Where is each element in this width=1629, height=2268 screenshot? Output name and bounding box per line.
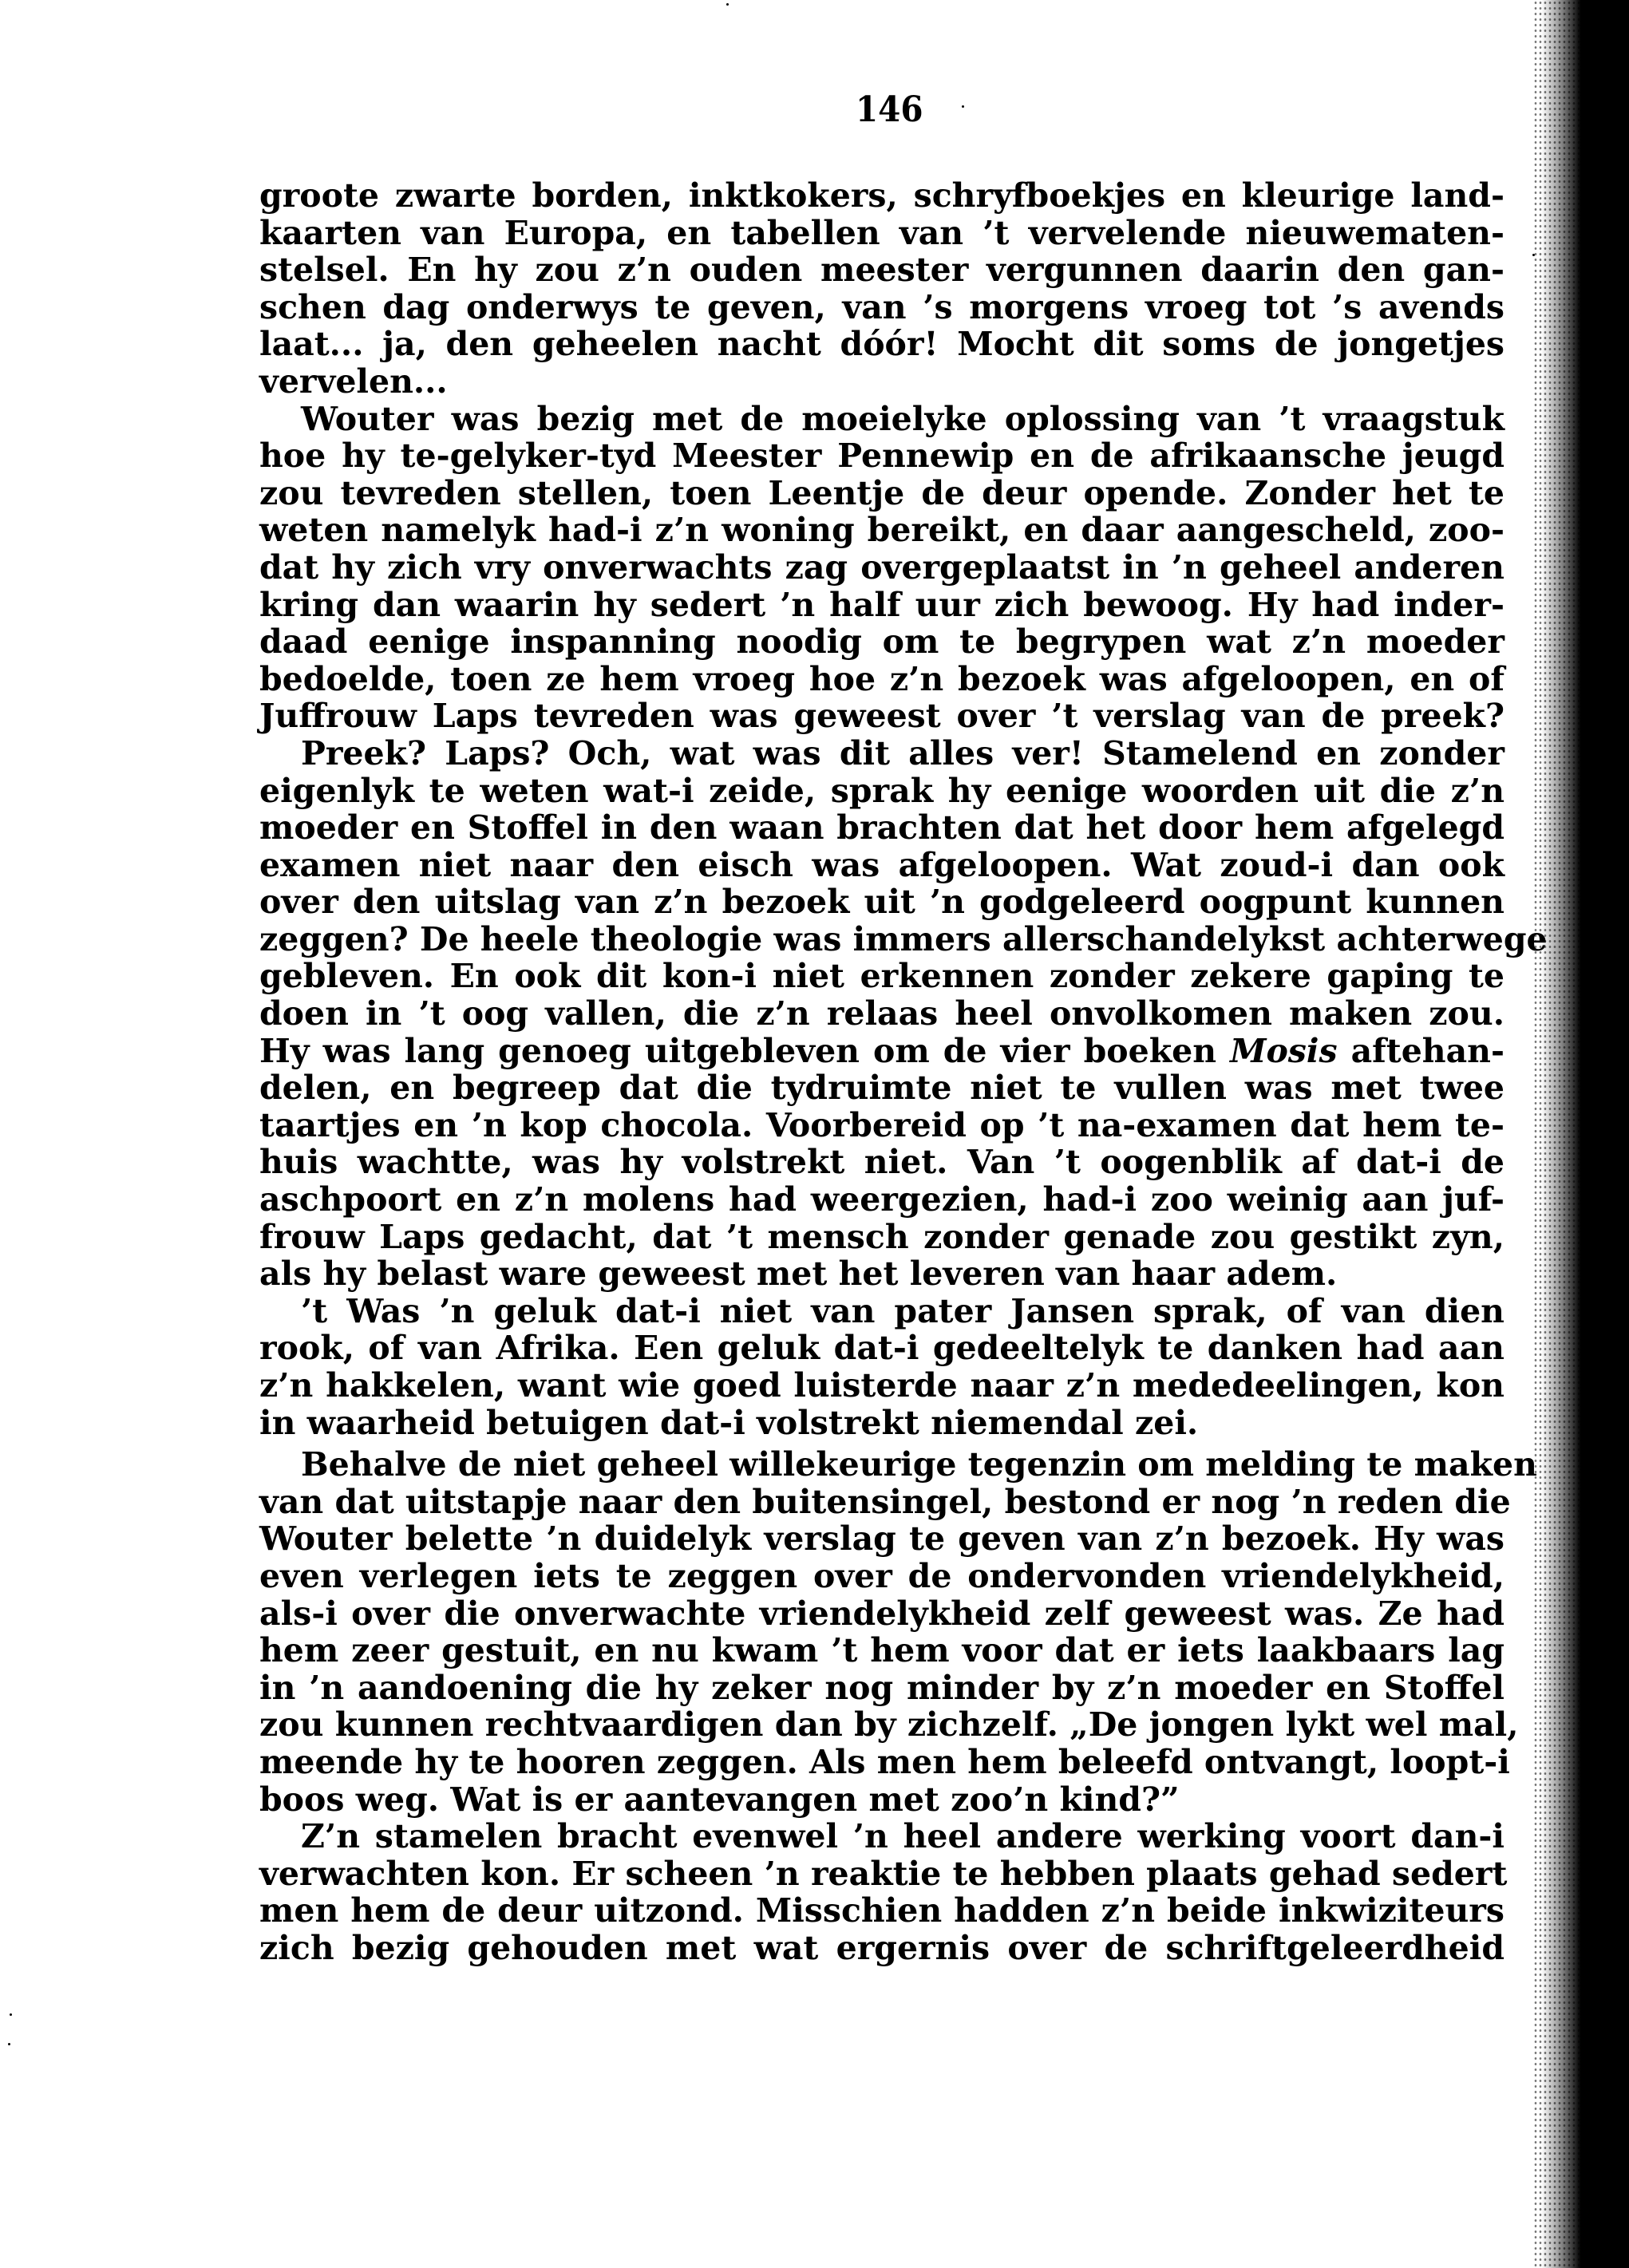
text-line: schen dag onderwys te geven, van ’s morg… — [259, 289, 1504, 326]
text-line: moeder en Stoffel in den waan brachten d… — [259, 809, 1504, 847]
scan-speck — [8, 2043, 10, 2045]
body-text: groote zwarte borden, inktkokers, schryf… — [259, 177, 1504, 1967]
text-line: zou kunnen rechtvaardigen dan by zichzel… — [259, 1706, 1504, 1744]
text-line: huis wachtte, was hy volstrekt niet. Van… — [259, 1144, 1504, 1181]
text-line: vervelen... — [259, 363, 1504, 401]
text-line: groote zwarte borden, inktkokers, schryf… — [259, 177, 1504, 215]
page-number: 146 — [856, 89, 923, 131]
text-line: verwachten kon. Er scheen ’n reaktie te … — [259, 1855, 1504, 1893]
text-line: Behalve de niet geheel willekeurige tege… — [259, 1446, 1504, 1484]
text-line: gebleven. En ook dit kon-i niet erkennen… — [259, 958, 1504, 995]
text-line: laat... ja, den geheelen nacht dóór! Moc… — [259, 326, 1504, 363]
text-line: aschpoort en z’n molens had weergezien, … — [259, 1181, 1504, 1219]
text-line: z’n hakkelen, want wie goed luisterde na… — [259, 1367, 1504, 1405]
text-line: Hy was lang genoeg uitgebleven om de vie… — [259, 1033, 1504, 1070]
text-line: boos weg. Wat is er aantevangen met zoo’… — [259, 1781, 1504, 1819]
text-line: in ’n aandoening die hy zeker nog minder… — [259, 1669, 1504, 1707]
text-line: hem zeer gestuit, en nu kwam ’t hem voor… — [259, 1632, 1504, 1669]
text-line: eigenlyk te weten wat-i zeide, sprak hy … — [259, 772, 1504, 810]
text-line: Juffrouw Laps tevreden was geweest over … — [259, 697, 1504, 735]
text-line: stelsel. En hy zou z’n ouden meester ver… — [259, 251, 1504, 289]
text-line: kaarten van Europa, en tabellen van ’t v… — [259, 215, 1504, 252]
text-line: rook, of van Afrika. Een geluk dat-i ged… — [259, 1330, 1504, 1367]
text-line: dat hy zich vry onverwachts zag overgepl… — [259, 549, 1504, 587]
scan-speck — [962, 105, 964, 108]
text-line: ’t Was ’n geluk dat-i niet van pater Jan… — [259, 1293, 1504, 1330]
text-line: als-i over die onverwachte vriendelykhei… — [259, 1595, 1504, 1633]
text-line: bedoelde, toen ze hem vroeg hoe z’n bezo… — [259, 661, 1504, 698]
text-line: taartjes en ’n kop chocola. Voorbereid o… — [259, 1107, 1504, 1144]
text-line: Wouter was bezig met de moeielyke oploss… — [259, 401, 1504, 438]
text-line: examen niet naar den eisch was afgeloope… — [259, 847, 1504, 884]
text-line: delen, en begreep dat die tydruimte niet… — [259, 1069, 1504, 1107]
text-segment: aftehan- — [1338, 1032, 1504, 1070]
text-line: meende hy te hooren zeggen. Als men hem … — [259, 1744, 1504, 1781]
text-line: als hy belast ware geweest met het lever… — [259, 1255, 1504, 1293]
text-line: zou tevreden stellen, toen Leentje de de… — [259, 475, 1504, 512]
text-line: zeggen? De heele theologie was immers al… — [259, 921, 1504, 958]
text-line: Wouter belette ’n duidelyk verslag te ge… — [259, 1520, 1504, 1558]
text-line: kring dan waarin hy sedert ’n half uur z… — [259, 587, 1504, 624]
text-line: weten namelyk had-i z’n woning bereikt, … — [259, 512, 1504, 549]
text-line: doen in ’t oog vallen, die z’n relaas he… — [259, 995, 1504, 1033]
book-gutter-shadow — [1541, 0, 1629, 2268]
text-line: hoe hy te-gelyker-tyd Meester Pennewip e… — [259, 437, 1504, 475]
scanned-book-page: 146 groote zwarte borden, inktkokers, sc… — [0, 0, 1629, 2268]
text-line: van dat uitstapje naar den buitensingel,… — [259, 1484, 1504, 1521]
text-line: Preek? Laps? Och, wat was dit alles ver!… — [259, 735, 1504, 772]
scan-speck — [10, 2013, 12, 2016]
text-line: Z’n stamelen bracht evenwel ’n heel ande… — [259, 1818, 1504, 1855]
text-line: zich bezig gehouden met wat ergernis ove… — [259, 1930, 1504, 1967]
text-line: frouw Laps gedacht, dat ’t mensch zonder… — [259, 1219, 1504, 1256]
text-line: men hem de deur uitzond. Misschien hadde… — [259, 1892, 1504, 1930]
text-line: over den uitslag van z’n bezoek uit ’n g… — [259, 883, 1504, 921]
scan-speck — [726, 3, 729, 6]
scan-speck — [1532, 254, 1535, 256]
italic-title-mosis: Mosis — [1230, 1032, 1337, 1070]
text-line: in waarheid betuigen dat-i volstrekt nie… — [259, 1405, 1504, 1442]
text-segment: Hy was lang genoeg uitgebleven om de vie… — [259, 1032, 1230, 1070]
text-line: even verlegen iets te zeggen over de ond… — [259, 1558, 1504, 1595]
text-line: daad eenige inspanning noodig om te begr… — [259, 623, 1504, 661]
